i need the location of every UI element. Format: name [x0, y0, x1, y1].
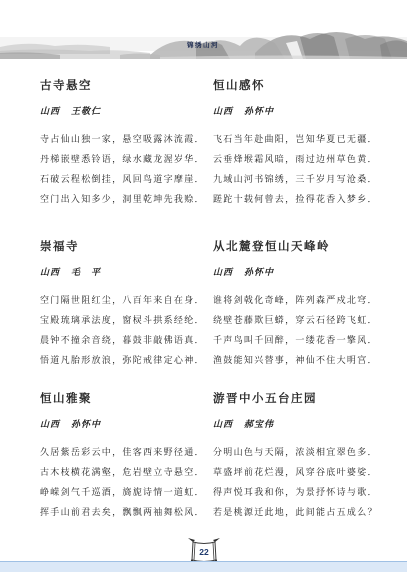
poem-block: 从北麓登恒山天峰岭 山西孙怀中 谁将剑戟化奇峰，阵列森严戍北穹． 绕壁苍藤欺巨蟒…	[213, 238, 391, 370]
footer-blue-strip	[0, 561, 407, 572]
verse-line: 绕壁苍藤欺巨蟒，穿云石径跨飞虹．	[213, 310, 391, 330]
verse-line: 悟道凡胎形放浪，弥陀戒律定心神．	[40, 350, 218, 370]
poem-author-name: 毛 平	[71, 267, 101, 277]
poem-verse: 分明山色与天隔，浓淡相宜翠色多． 草盛坪前花烂漫，风穿谷底叶婆娑． 得声悦耳我和…	[213, 442, 391, 522]
verse-line: 蹉跎十载何曾去，捡得花香入梦乡．	[213, 189, 391, 209]
verse-line: 九域山河书锦绣，三千岁月写沧桑．	[213, 169, 391, 189]
poem-author-line: 山西孙怀中	[213, 265, 391, 278]
poem-region: 山西	[40, 267, 60, 277]
poem-author-name: 孙怀中	[71, 419, 101, 429]
header-landscape-painting: 锦绣山河	[0, 13, 407, 59]
poem-title: 恒山雅聚	[40, 390, 218, 406]
poem-block: 恒山感怀 山西孙怀中 飞石当年赴曲阳，岂知华夏已无疆． 云垂烽堠霜风暗，雨过边州…	[213, 77, 391, 209]
poem-block: 游晋中小五台庄园 山西郝宝伟 分明山色与天隔，浓淡相宜翠色多． 草盛坪前花烂漫，…	[213, 390, 391, 522]
page-number: 22	[199, 547, 209, 557]
verse-line: 分明山色与天隔，浓淡相宜翠色多．	[213, 442, 391, 462]
header-title: 锦绣山河	[186, 40, 219, 49]
verse-line: 宝殿琉璃承法度，窗棂斗拱系经纶．	[40, 310, 218, 330]
ink-landscape-art: 锦绣山河	[0, 13, 407, 59]
poem-block: 恒山雅聚 山西孙怀中 久居紫岳彩云中，佳客西来野径通． 古木枝横花满壑，危岩壁立…	[40, 390, 218, 522]
poem-author-name: 孙怀中	[244, 267, 274, 277]
verse-line: 飞石当年赴曲阳，岂知华夏已无疆．	[213, 129, 391, 149]
poem-block: 崇福寺 山西毛 平 空门隔世阻红尘，八百年来自在身． 宝殿琉璃承法度，窗棂斗拱系…	[40, 238, 218, 370]
poem-region: 山西	[213, 267, 233, 277]
verse-line: 丹梯嵌壁悉铃语，绿水藏龙渥岁华．	[40, 149, 218, 169]
book-page: 锦绣山河 古寺悬空 山西王敬仁 寺占仙山独一家，悬空吸露沐流霞． 丹梯嵌壁悉铃语…	[0, 0, 407, 577]
verse-line: 若是桃源迁此地，此间能占五成么？	[213, 502, 391, 522]
verse-line: 渔鼓能知兴替事，神仙不住大明宫．	[213, 350, 391, 370]
poem-author-line: 山西郝宝伟	[213, 417, 391, 430]
verse-line: 石破云程松倒挂，风回鸟道字摩崖．	[40, 169, 218, 189]
verse-line: 草盛坪前花烂漫，风穿谷底叶婆娑．	[213, 462, 391, 482]
verse-line: 古木枝横花满壑，危岩壁立寺悬空．	[40, 462, 218, 482]
poem-author-line: 山西毛 平	[40, 265, 218, 278]
poem-region: 山西	[40, 419, 60, 429]
poem-verse: 谁将剑戟化奇峰，阵列森严戍北穹． 绕壁苍藤欺巨蟒，穿云石径跨飞虹． 千声鸟叫千回…	[213, 290, 391, 370]
poem-author-line: 山西孙怀中	[213, 104, 391, 117]
verse-line: 云垂烽堠霜风暗，雨过边州草色黄．	[213, 149, 391, 169]
poem-verse: 飞石当年赴曲阳，岂知华夏已无疆． 云垂烽堠霜风暗，雨过边州草色黄． 九域山河书锦…	[213, 129, 391, 209]
poem-author-name: 郝宝伟	[244, 419, 274, 429]
verse-line: 千声鸟叫千回醉，一缕花香一擎风．	[213, 330, 391, 350]
poem-author-name: 孙怀中	[244, 106, 274, 116]
poem-verse: 久居紫岳彩云中，佳客西来野径通． 古木枝横花满壑，危岩壁立寺悬空． 峥嵘剑气千巡…	[40, 442, 218, 522]
verse-line: 空门隔世阻红尘，八百年来自在身．	[40, 290, 218, 310]
verse-line: 挥手山前君去矣，飘飘两袖舞松风．	[40, 502, 218, 522]
verse-line: 晨钟不撞余音绕，暮鼓非敲佛语真．	[40, 330, 218, 350]
verse-line: 得声悦耳我和你，为景抒怀诗与歌．	[213, 482, 391, 502]
poem-title: 崇福寺	[40, 238, 218, 254]
poem-verse: 空门隔世阻红尘，八百年来自在身． 宝殿琉璃承法度，窗棂斗拱系经纶． 晨钟不撞余音…	[40, 290, 218, 370]
verse-line: 寺占仙山独一家，悬空吸露沐流霞．	[40, 129, 218, 149]
poem-title: 游晋中小五台庄园	[213, 390, 391, 406]
verse-line: 久居紫岳彩云中，佳客西来野径通．	[40, 442, 218, 462]
poem-verse: 寺占仙山独一家，悬空吸露沐流霞． 丹梯嵌壁悉铃语，绿水藏龙渥岁华． 石破云程松倒…	[40, 129, 218, 209]
poem-title: 古寺悬空	[40, 77, 218, 93]
poem-author-line: 山西孙怀中	[40, 417, 218, 430]
poem-author-name: 王敬仁	[71, 106, 101, 116]
poem-region: 山西	[213, 106, 233, 116]
poem-block: 古寺悬空 山西王敬仁 寺占仙山独一家，悬空吸露沐流霞． 丹梯嵌壁悉铃语，绿水藏龙…	[40, 77, 218, 209]
verse-line: 谁将剑戟化奇峰，阵列森严戍北穹．	[213, 290, 391, 310]
poem-title: 恒山感怀	[213, 77, 391, 93]
verse-line: 峥嵘剑气千巡酒，旖旎诗情一道虹．	[40, 482, 218, 502]
poem-author-line: 山西王敬仁	[40, 104, 218, 117]
poem-title: 从北麓登恒山天峰岭	[213, 238, 391, 254]
poem-region: 山西	[40, 106, 60, 116]
verse-line: 空门出入知多少，洞里乾坤先我赊．	[40, 189, 218, 209]
poem-region: 山西	[213, 419, 233, 429]
